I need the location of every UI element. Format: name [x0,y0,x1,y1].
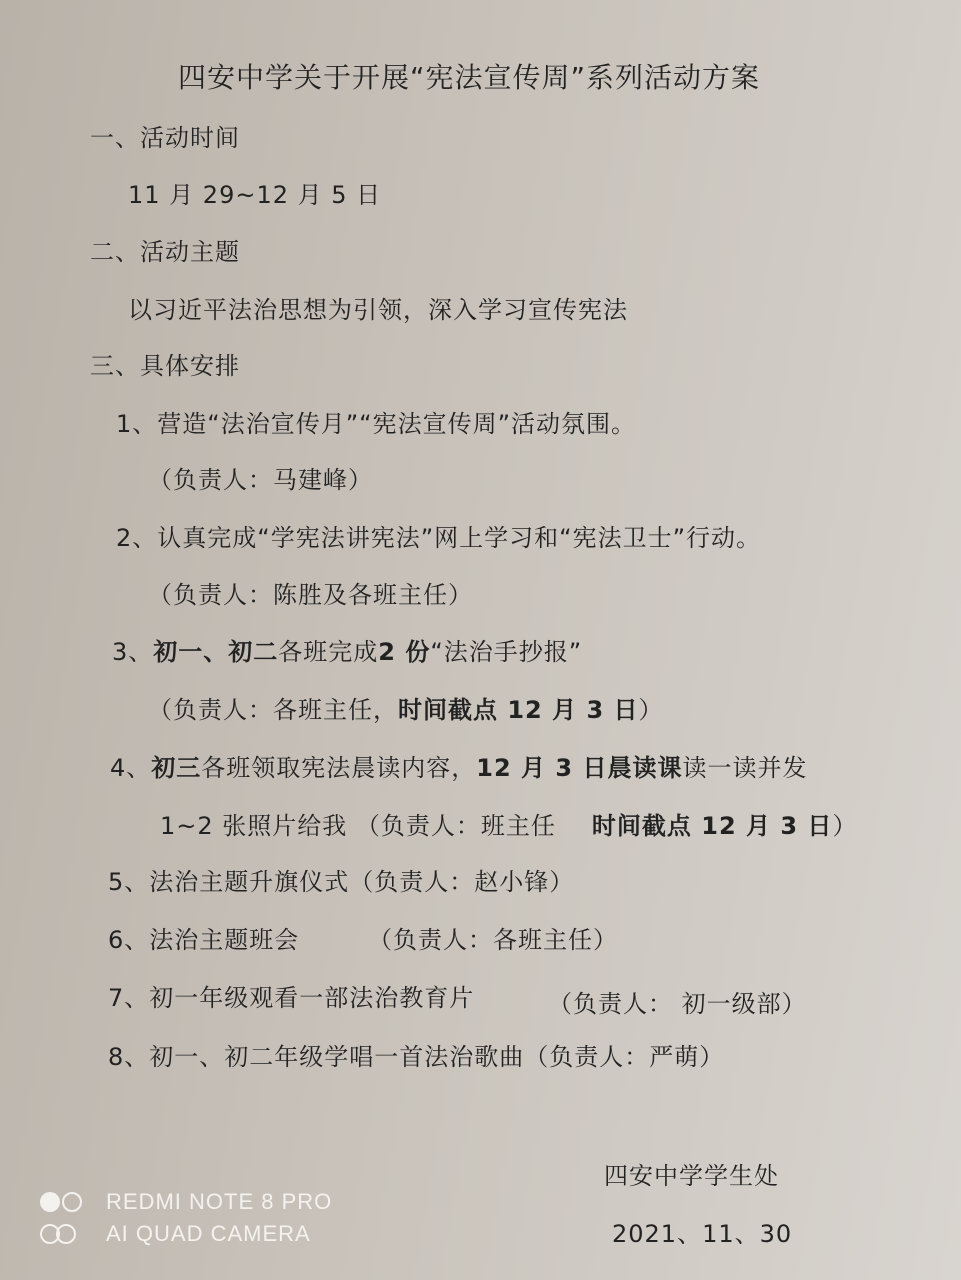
item-4-cont-text: 1~2 张照片给我 （负责人：班主任 [160,812,556,840]
section-content-theme: 以习近平法治思想为引领，深入学习宣传宪法 [128,290,628,325]
document-title: 四安中学关于开展“宪法宣传周”系列活动方案 [178,56,760,96]
item-3-text: 3、初一、初二各班完成2 份“法治手抄报” [112,632,582,667]
section-heading-time: 一、活动时间 [90,118,240,153]
item-2-text: 2、认真完成“学宪法讲宪法”网上学习和“宪法卫士”行动。 [116,518,761,553]
item-3-rest: “法治手抄报” [430,638,582,666]
item-1-text: 1、营造“法治宣传月”“宪法宣传周”活动氛围。 [116,404,636,439]
item-8-text: 8、初一、初二年级学唱一首法治歌曲（负责人：严萌） [108,1037,724,1072]
item-2-owner: （负责人：陈胜及各班主任） [148,575,473,610]
section-heading-theme: 二、活动主题 [90,232,240,267]
signature-org: 四安中学学生处 [604,1156,779,1191]
section-content-time: 11 月 29~12 月 5 日 [128,175,381,210]
item-3-count: 2 份 [378,638,430,666]
item-3-prefix: 3、 [112,638,153,666]
item-3-owner-suffix: ） [639,696,664,724]
item-4-cont-suffix: ） [832,812,857,840]
item-6-owner: （负责人：各班主任） [368,920,618,955]
item-3-owner-prefix: （负责人：各班主任， [148,696,398,724]
item-3-mid: 各班完成 [278,638,378,666]
item-7-text: 7、初一年级观看一部法治教育片 [108,978,474,1013]
item-5-text: 5、法治主题升旗仪式（负责人：赵小锋） [108,862,574,897]
item-4-cont: 1~2 张照片给我 （负责人：班主任时间截点 12 月 3 日） [160,806,857,841]
watermark-line-2: AI QUAD CAMERA [106,1221,311,1247]
item-4-prefix: 4、 [110,754,151,782]
item-4-rest: 读一读并发 [682,754,807,782]
item-4-date: 12 月 3 日晨读课 [476,754,682,782]
item-4-deadline: 时间截点 12 月 3 日 [592,812,833,840]
item-4-text: 4、初三各班领取宪法晨读内容，12 月 3 日晨读课读一读并发 [110,748,807,783]
item-3-grades: 初一、初二 [153,638,278,666]
item-6-text: 6、法治主题班会 [108,920,299,955]
infinity-icon [40,1224,90,1244]
item-3-owner: （负责人：各班主任，时间截点 12 月 3 日） [148,690,664,725]
item-4-grade: 初三 [151,754,201,782]
item-1-owner: （负责人：马建峰） [148,460,373,495]
camera-dots-icon [40,1192,90,1212]
signature-date: 2021、11、30 [612,1214,792,1249]
item-3-deadline: 时间截点 12 月 3 日 [398,696,639,724]
item-7-owner: （负责人： 初一级部） [548,984,807,1019]
camera-watermark: REDMI NOTE 8 PRO AI QUAD CAMERA [40,1186,332,1250]
item-4-mid: 各班领取宪法晨读内容， [201,754,476,782]
section-heading-arrangement: 三、具体安排 [90,346,240,381]
watermark-line-1: REDMI NOTE 8 PRO [106,1189,332,1215]
